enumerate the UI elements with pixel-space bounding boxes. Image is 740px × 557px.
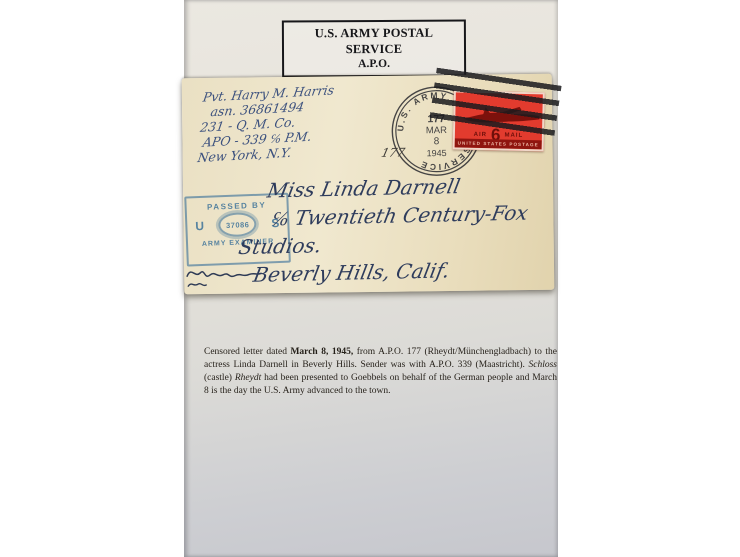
stamp-bottom-label: UNITED STATES POSTAGE xyxy=(455,138,542,149)
page-title: U.S. ARMY POSTAL SERVICE xyxy=(290,25,458,58)
apo-pencil-note: 177 xyxy=(380,146,406,160)
caption-text: Censored letter dated March 8, 1945, fro… xyxy=(204,346,557,398)
recipient-address: Miss Linda Darnell℅ Twentieth Century-Fo… xyxy=(231,170,536,289)
envelope: Pvt. Harry M. Harrisasn. 36861494231 - Q… xyxy=(182,74,555,295)
postmark-year: 1945 xyxy=(427,148,447,158)
return-address: Pvt. Harry M. Harrisasn. 36861494231 - Q… xyxy=(192,82,335,165)
postmark-day: 8 xyxy=(434,136,440,147)
censor-letter-u: U xyxy=(195,219,204,233)
album-page-photo: U.S. ARMY POSTAL SERVICE A.P.O. Pvt. Har… xyxy=(184,0,558,557)
page-subtitle: A.P.O. xyxy=(290,57,458,72)
